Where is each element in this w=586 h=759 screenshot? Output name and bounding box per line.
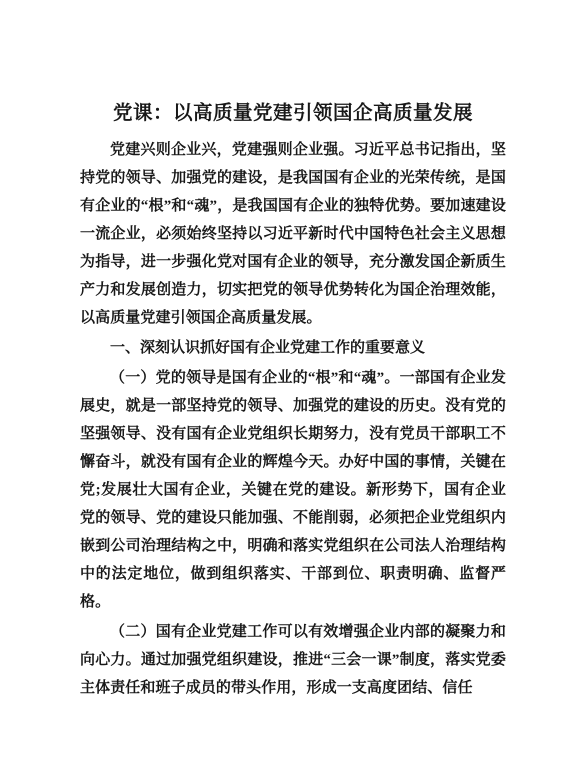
paragraph-intro: 党建兴则企业兴，党建强则企业强。习近平总书记指出，坚持党的领导、加强党的建设，是… <box>80 136 506 332</box>
document-title: 党课：以高质量党建引领国企高质量发展 <box>80 100 506 128</box>
section-heading-1: 一、深刻认识抓好国有企业党建工作的重要意义 <box>80 334 506 362</box>
paragraph-point-2: （二）国有企业党建工作可以有效增强企业内部的凝聚力和向心力。通过加强党组织建设，… <box>80 618 506 702</box>
document-page: 党课：以高质量党建引领国企高质量发展 党建兴则企业兴，党建强则企业强。习近平总书… <box>0 0 586 759</box>
paragraph-point-1: （一）党的领导是国有企业的“根”和“魂”。一部国有企业发展史，就是一部坚持党的领… <box>80 364 506 616</box>
